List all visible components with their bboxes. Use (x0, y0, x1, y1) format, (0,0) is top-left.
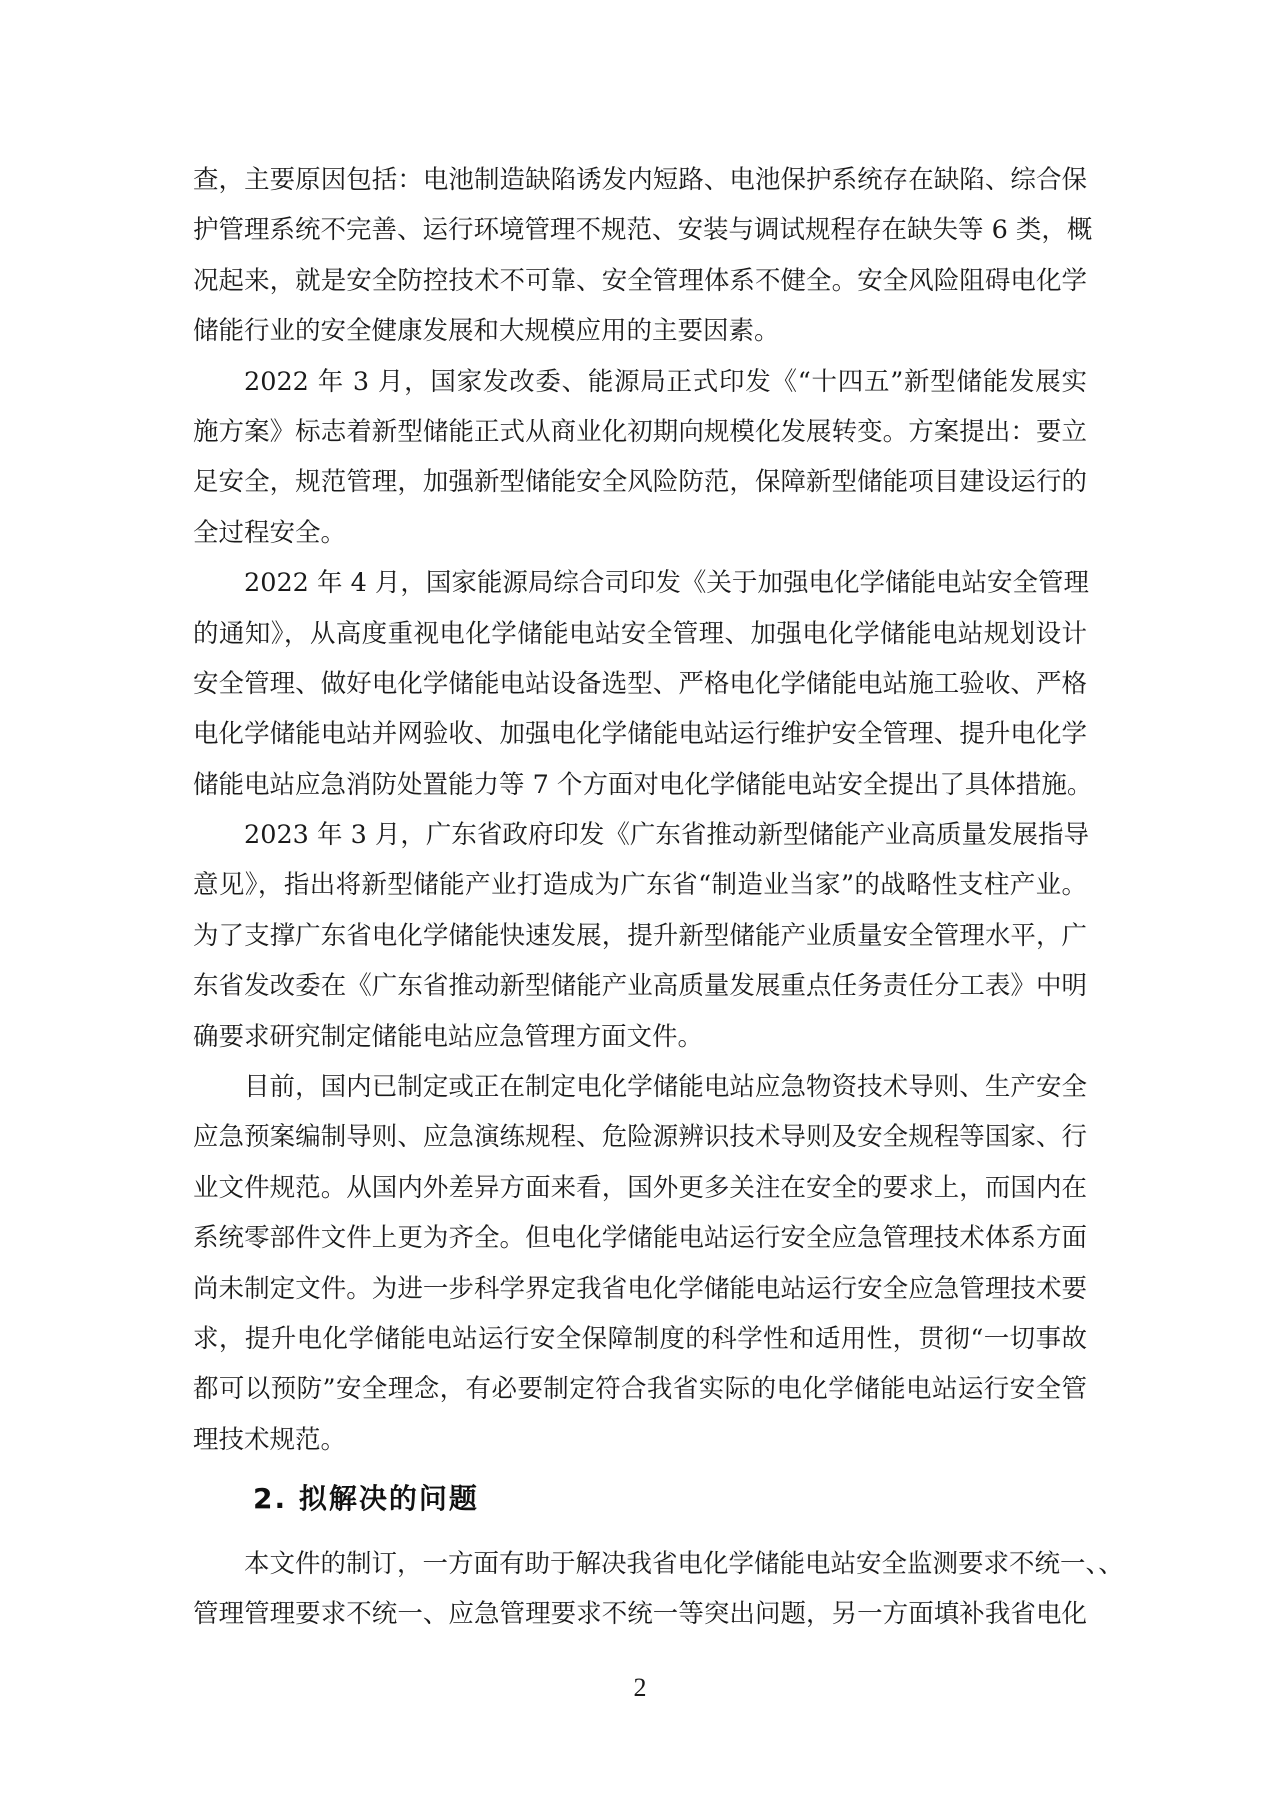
text-line: 求，提升电化学储能电站运行安全保障制度的科学性和适用性，贯彻“一切事故 (193, 1314, 1087, 1364)
section-heading: 2. 拟解决的问题 (253, 1478, 479, 1520)
text-line: 本文件的制订，一方面有助于解决我省电化学储能电站安全监测要求不统一、、 (193, 1539, 1087, 1589)
text-line: 管理管理要求不统一、应急管理要求不统一等突出问题，另一方面填补我省电化 (193, 1589, 1087, 1639)
text-line: 储能行业的安全健康发展和大规模应用的主要因素。 (193, 306, 1087, 356)
text-line: 目前，国内已制定或正在制定电化学储能电站应急物资技术导则、生产安全 (193, 1062, 1087, 1112)
text-line: 系统零部件文件上更为齐全。但电化学储能电站运行安全应急管理技术体系方面 (193, 1213, 1087, 1263)
text-line: 应急预案编制导则、应急演练规程、危险源辨识技术导则及安全规程等国家、行 (193, 1112, 1087, 1162)
text-line: 护管理系统不完善、运行环境管理不规范、安装与调试规程存在缺失等 6 类，概 (193, 205, 1087, 255)
text-line: 施方案》标志着新型储能正式从商业化初期向规模化发展转变。方案提出：要立 (193, 407, 1087, 457)
text-line: 确要求研究制定储能电站应急管理方面文件。 (193, 1012, 1087, 1062)
text-line: 业文件规范。从国内外差异方面来看，国外更多关注在安全的要求上，而国内在 (193, 1163, 1087, 1213)
text-line: 储能电站应急消防处置能力等 7 个方面对电化学储能电站安全提出了具体措施。 (193, 760, 1087, 810)
paragraph-2022-march: 2022 年 3 月，国家发改委、能源局正式印发《“十四五”新型储能发展实 施方… (193, 357, 1087, 559)
text-line: 电化学储能电站并网验收、加强电化学储能电站运行维护安全管理、提升电化学 (193, 709, 1087, 759)
text-line: 都可以预防”安全理念，有必要制定符合我省实际的电化学储能电站运行安全管 (193, 1364, 1087, 1414)
text-line: 查，主要原因包括：电池制造缺陷诱发内短路、电池保护系统存在缺陷、综合保 (193, 155, 1087, 205)
text-line: 的通知》，从高度重视电化学储能电站安全管理、加强电化学储能电站规划设计 (193, 609, 1087, 659)
text-line: 全过程安全。 (193, 508, 1087, 558)
text-line: 尚未制定文件。为进一步科学界定我省电化学储能电站运行安全应急管理技术要 (193, 1264, 1087, 1314)
text-line: 2023 年 3 月，广东省政府印发《广东省推动新型储能产业高质量发展指导 (193, 810, 1087, 860)
page-number: 2 (0, 1672, 1280, 1704)
document-page: 查，主要原因包括：电池制造缺陷诱发内短路、电池保护系统存在缺陷、综合保 护管理系… (0, 0, 1280, 1810)
text-line: 2022 年 3 月，国家发改委、能源局正式印发《“十四五”新型储能发展实 (193, 357, 1087, 407)
text-line: 为了支撑广东省电化学储能快速发展，提升新型储能产业质量安全管理水平，广 (193, 911, 1087, 961)
section-paragraph: 本文件的制订，一方面有助于解决我省电化学储能电站安全监测要求不统一、、 管理管理… (193, 1539, 1087, 1640)
text-line: 安全管理、做好电化学储能电站设备选型、严格电化学储能电站施工验收、严格 (193, 659, 1087, 709)
paragraph-causes: 查，主要原因包括：电池制造缺陷诱发内短路、电池保护系统存在缺陷、综合保 护管理系… (193, 155, 1087, 357)
paragraph-2022-april: 2022 年 4 月，国家能源局综合司印发《关于加强电化学储能电站安全管理 的通… (193, 558, 1087, 810)
text-line: 足安全，规范管理，加强新型储能安全风险防范，保障新型储能项目建设运行的 (193, 457, 1087, 507)
paragraph-current-status: 目前，国内已制定或正在制定电化学储能电站应急物资技术导则、生产安全 应急预案编制… (193, 1062, 1087, 1465)
body-text: 查，主要原因包括：电池制造缺陷诱发内短路、电池保护系统存在缺陷、综合保 护管理系… (193, 155, 1087, 1465)
text-line: 东省发改委在《广东省推动新型储能产业高质量发展重点任务责任分工表》中明 (193, 961, 1087, 1011)
text-line: 2022 年 4 月，国家能源局综合司印发《关于加强电化学储能电站安全管理 (193, 558, 1087, 608)
text-line: 况起来，就是安全防控技术不可靠、安全管理体系不健全。安全风险阻碍电化学 (193, 256, 1087, 306)
paragraph-2023-march: 2023 年 3 月，广东省政府印发《广东省推动新型储能产业高质量发展指导 意见… (193, 810, 1087, 1062)
text-line: 理技术规范。 (193, 1415, 1087, 1465)
text-line: 意见》，指出将新型储能产业打造成为广东省“制造业当家”的战略性支柱产业。 (193, 860, 1087, 910)
